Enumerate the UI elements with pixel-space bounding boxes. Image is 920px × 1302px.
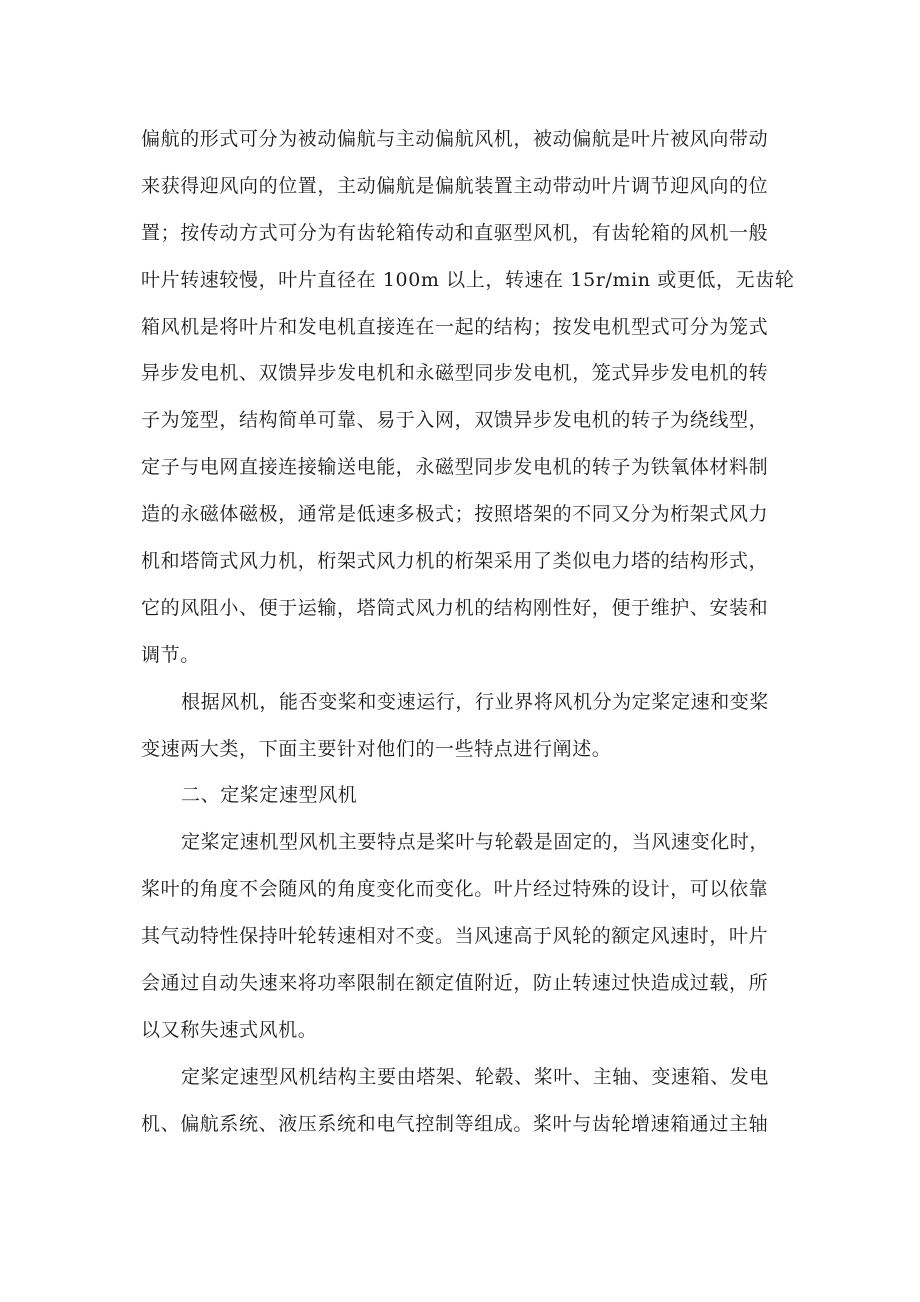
text-line: 定桨定速机型风机主要特点是桨叶与轮毂是固定的，当风速变化时， bbox=[141, 819, 783, 866]
text-line: 它的风阻小、便于运输，塔筒式风力机的结构刚性好，便于维护、安装和 bbox=[141, 585, 783, 632]
text-line: 根据风机，能否变桨和变速运行，行业界将风机分为定桨定速和变桨 bbox=[141, 679, 783, 726]
paragraph-fixed-pitch-features: 定桨定速机型风机主要特点是桨叶与轮毂是固定的，当风速变化时， 桨叶的角度不会随风… bbox=[141, 819, 783, 1053]
text-line: 偏航的形式可分为被动偏航与主动偏航风机，被动偏航是叶片被风向带动 bbox=[141, 116, 783, 163]
text-line: 来获得迎风向的位置，主动偏航是偏航装置主动带动叶片调节迎风向的位 bbox=[141, 163, 783, 210]
text-line: 叶片转速较慢，叶片直径在 100m 以上，转速在 15r/min 或更低，无齿轮 bbox=[141, 257, 783, 304]
text-line: 变速两大类，下面主要针对他们的一些特点进行阐述。 bbox=[141, 726, 783, 773]
text-line: 会通过自动失速来将功率限制在额定值附近，防止转速过快造成过载，所 bbox=[141, 960, 783, 1007]
text-line: 以又称失速式风机。 bbox=[141, 1007, 783, 1054]
text-line: 机、偏航系统、液压系统和电气控制等组成。桨叶与齿轮增速箱通过主轴 bbox=[141, 1101, 783, 1148]
paragraph-fixed-pitch-structure: 定桨定速型风机结构主要由塔架、轮毂、桨叶、主轴、变速箱、发电 机、偏航系统、液压… bbox=[141, 1054, 783, 1148]
text-line: 定桨定速型风机结构主要由塔架、轮毂、桨叶、主轴、变速箱、发电 bbox=[141, 1054, 783, 1101]
text-line: 造的永磁体磁极，通常是低速多极式；按照塔架的不同又分为桁架式风力 bbox=[141, 491, 783, 538]
text-line: 桨叶的角度不会随风的角度变化而变化。叶片经过特殊的设计，可以依靠 bbox=[141, 866, 783, 913]
paragraph-yaw-and-generator-types: 偏航的形式可分为被动偏航与主动偏航风机，被动偏航是叶片被风向带动 来获得迎风向的… bbox=[141, 116, 783, 679]
paragraph-classification-intro: 根据风机，能否变桨和变速运行，行业界将风机分为定桨定速和变桨 变速两大类，下面主… bbox=[141, 679, 783, 773]
text-line: 子为笼型，结构简单可靠、易于入网，双馈异步发电机的转子为绕线型， bbox=[141, 397, 783, 444]
text-line: 箱风机是将叶片和发电机直接连在一起的结构；按发电机型式可分为笼式 bbox=[141, 304, 783, 351]
text-line: 异步发电机、双馈异步发电机和永磁型同步发电机，笼式异步发电机的转 bbox=[141, 350, 783, 397]
document-page: 偏航的形式可分为被动偏航与主动偏航风机，被动偏航是叶片被风向带动 来获得迎风向的… bbox=[141, 116, 783, 1148]
text-line: 调节。 bbox=[141, 632, 783, 679]
text-line: 其气动特性保持叶轮转速相对不变。当风速高于风轮的额定风速时，叶片 bbox=[141, 913, 783, 960]
text-line: 定子与电网直接连接输送电能，永磁型同步发电机的转子为铁氧体材料制 bbox=[141, 444, 783, 491]
section-heading: 二、定桨定速型风机 bbox=[141, 772, 783, 819]
section-heading-text: 二、定桨定速型风机 bbox=[141, 772, 783, 819]
text-line: 置；按传动方式可分为有齿轮箱传动和直驱型风机，有齿轮箱的风机一般 bbox=[141, 210, 783, 257]
text-line: 机和塔筒式风力机，桁架式风力机的桁架采用了类似电力塔的结构形式， bbox=[141, 538, 783, 585]
